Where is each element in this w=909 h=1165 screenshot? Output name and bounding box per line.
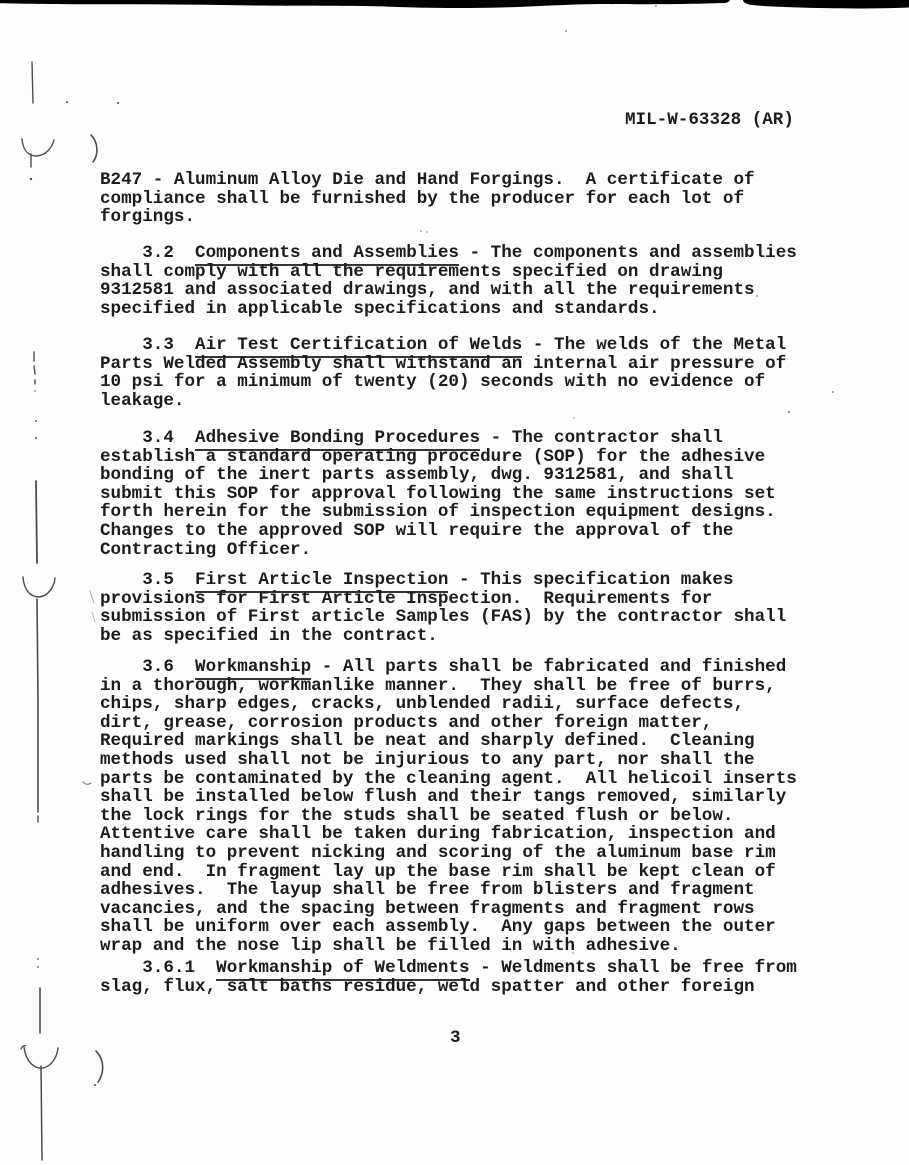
pencil-vertical-line-top	[32, 62, 33, 103]
handwritten-margin-marks	[0, 0, 909, 1165]
scan-speck	[420, 230, 422, 232]
pencil-check-stem-mid	[37, 599, 38, 812]
scan-speck	[565, 30, 567, 32]
pencil-parenthesis-bottom	[96, 1051, 103, 1082]
scan-speck	[66, 101, 68, 103]
scan-speck	[426, 231, 428, 233]
scan-speck	[572, 952, 574, 954]
pencil-tick-mark	[83, 782, 91, 784]
pencil-check-mark-bottom	[24, 1047, 58, 1068]
pencil-dot	[35, 437, 37, 439]
pencil-parenthesis-top	[91, 135, 97, 162]
scan-speck	[788, 411, 790, 413]
pencil-vertical-line-mid	[36, 481, 37, 563]
pencil-stray-mark	[90, 591, 94, 603]
pencil-dot	[34, 390, 36, 392]
pencil-dot	[37, 966, 39, 968]
scan-speck	[832, 391, 834, 393]
pencil-dashed-line-mid	[34, 352, 35, 384]
scan-speck	[573, 417, 575, 419]
scan-speck	[117, 102, 119, 104]
pencil-check-mark-top	[22, 139, 54, 156]
pencil-stray-mark	[92, 612, 95, 622]
pencil-check-mark-mid	[23, 577, 55, 597]
pencil-check-stem-bottom	[41, 1066, 42, 1160]
scan-speck	[756, 295, 758, 297]
pencil-dot	[37, 958, 39, 960]
document-page: MIL-W-63328 (AR) B247 - Aluminum Alloy D…	[0, 0, 909, 1165]
pencil-dot	[30, 178, 32, 180]
pencil-dot	[35, 420, 37, 422]
pencil-dot	[94, 1084, 96, 1086]
scan-speck	[655, 5, 657, 7]
